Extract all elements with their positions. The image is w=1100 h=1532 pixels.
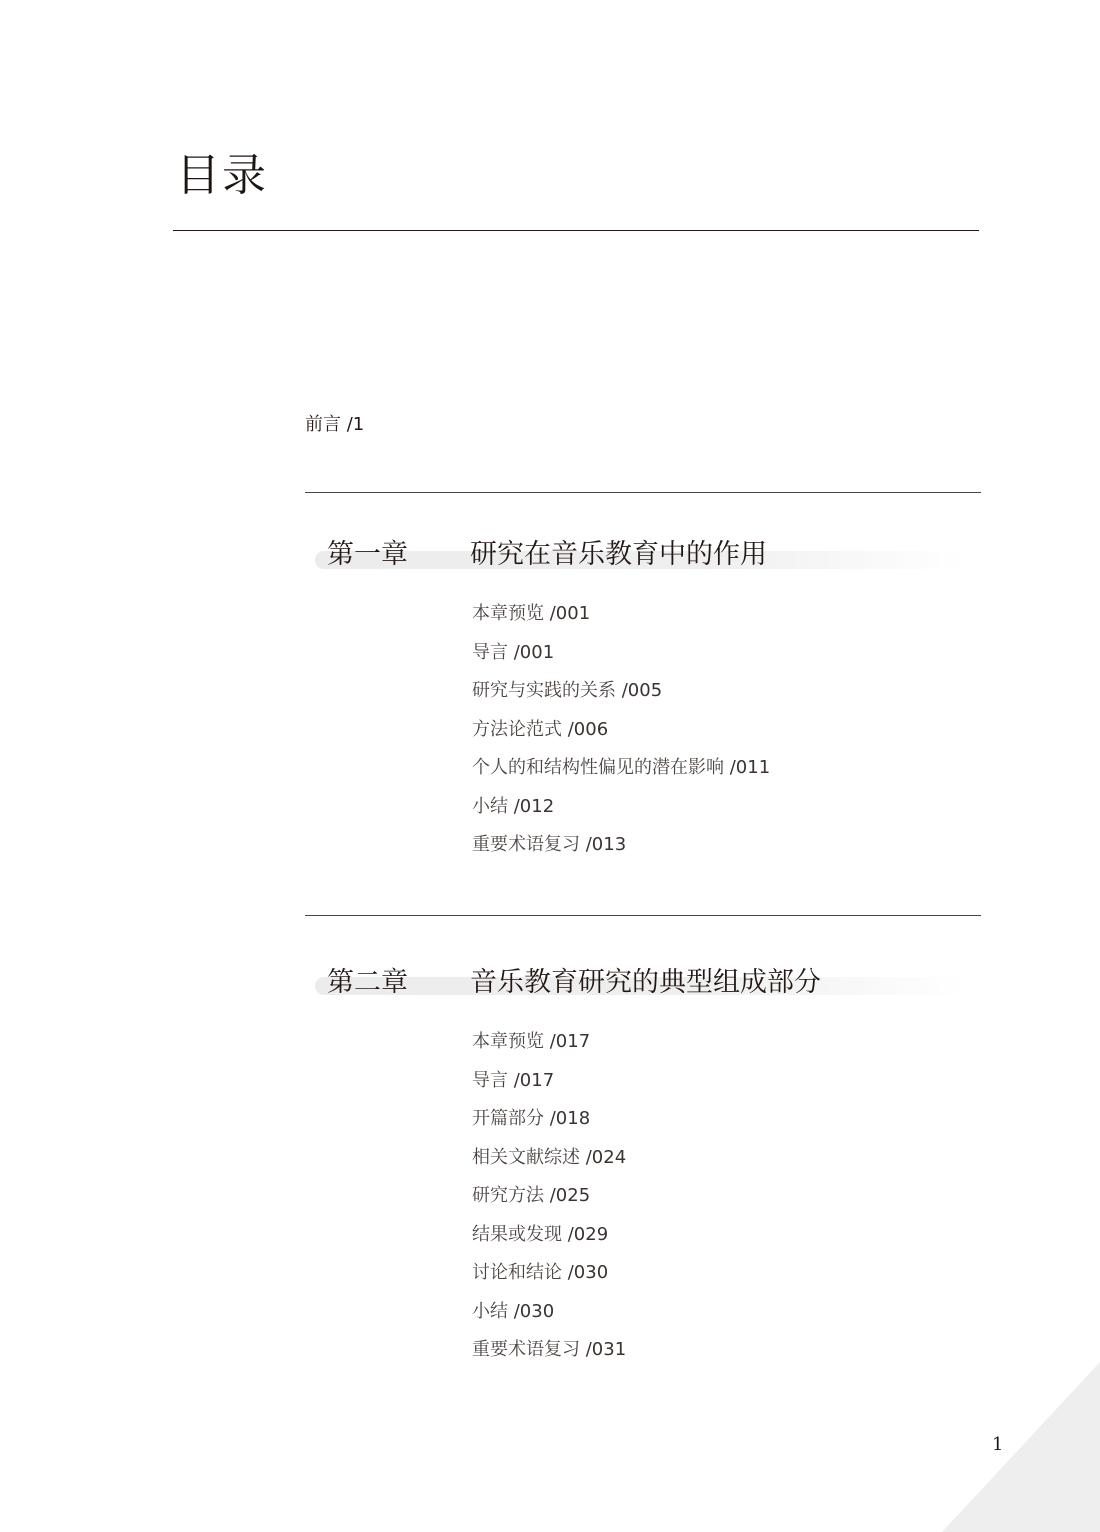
chapter-title[interactable]: 音乐教育研究的典型组成部分 — [470, 960, 821, 999]
toc-entry[interactable]: 讨论和结论 /030 — [472, 1261, 626, 1300]
toc-entry[interactable]: 本章预览 /001 — [472, 602, 770, 641]
entry-page: /018 — [550, 1108, 590, 1129]
entry-label: 方法论范式 — [472, 719, 562, 740]
toc-entry[interactable]: 重要术语复习 /013 — [472, 833, 770, 872]
toc-entry[interactable]: 小结 /030 — [472, 1300, 626, 1339]
entry-label: 前言 — [305, 414, 341, 435]
entry-page: /017 — [514, 1070, 554, 1091]
entry-page: /024 — [586, 1147, 626, 1168]
toc-entry[interactable]: 研究方法 /025 — [472, 1184, 626, 1223]
entry-label: 研究方法 — [472, 1185, 544, 1206]
entry-page: /029 — [568, 1224, 608, 1245]
entry-page: /012 — [514, 796, 554, 817]
entry-label: 开篇部分 — [472, 1108, 544, 1129]
toc-entry[interactable]: 小结 /012 — [472, 795, 770, 834]
entry-label: 研究与实践的关系 — [472, 680, 616, 701]
toc-entry[interactable]: 结果或发现 /029 — [472, 1223, 626, 1262]
entry-page: /031 — [586, 1339, 626, 1360]
toc-entry[interactable]: 导言 /001 — [472, 641, 770, 680]
entry-label: 结果或发现 — [472, 1224, 562, 1245]
entry-page: /001 — [550, 603, 590, 624]
chapter-number: 第二章 — [327, 960, 408, 999]
chapter-number: 第一章 — [327, 532, 408, 571]
chapter-divider — [305, 915, 981, 916]
entry-page: /006 — [568, 719, 608, 740]
entry-label: 导言 — [472, 642, 508, 663]
title-divider — [173, 230, 979, 231]
entry-label: 讨论和结论 — [472, 1262, 562, 1283]
toc-entry[interactable]: 方法论范式 /006 — [472, 718, 770, 757]
chapter-entries: 本章预览 /001 导言 /001 研究与实践的关系 /005 方法论范式 /0… — [472, 602, 770, 872]
chapter-entries: 本章预览 /017 导言 /017 开篇部分 /018 相关文献综述 /024 … — [472, 1030, 626, 1377]
entry-label: 本章预览 — [472, 603, 544, 624]
entry-page: /013 — [586, 834, 626, 855]
toc-entry[interactable]: 本章预览 /017 — [472, 1030, 626, 1069]
entry-page: /1 — [347, 414, 365, 435]
entry-label: 个人的和结构性偏见的潜在影响 — [472, 757, 724, 778]
entry-page: /017 — [550, 1031, 590, 1052]
entry-label: 导言 — [472, 1070, 508, 1091]
entry-label: 小结 — [472, 1301, 508, 1322]
entry-label: 重要术语复习 — [472, 1339, 580, 1360]
toc-entry[interactable]: 相关文献综述 /024 — [472, 1146, 626, 1185]
toc-entry-preface[interactable]: 前言 /1 — [305, 410, 364, 436]
page-number: 1 — [992, 1434, 1003, 1455]
entry-label: 本章预览 — [472, 1031, 544, 1052]
entry-page: /011 — [730, 757, 770, 778]
chapter-divider — [305, 492, 981, 493]
page-title: 目录 — [176, 148, 268, 204]
entry-page: /030 — [568, 1262, 608, 1283]
toc-entry[interactable]: 研究与实践的关系 /005 — [472, 679, 770, 718]
toc-entry[interactable]: 个人的和结构性偏见的潜在影响 /011 — [472, 756, 770, 795]
toc-entry[interactable]: 导言 /017 — [472, 1069, 626, 1108]
entry-label: 小结 — [472, 796, 508, 817]
entry-page: /005 — [622, 680, 662, 701]
corner-triangle-decoration — [942, 1362, 1100, 1532]
entry-label: 重要术语复习 — [472, 834, 580, 855]
chapter-title[interactable]: 研究在音乐教育中的作用 — [470, 532, 767, 571]
entry-label: 相关文献综述 — [472, 1147, 580, 1168]
toc-entry[interactable]: 重要术语复习 /031 — [472, 1338, 626, 1377]
entry-page: /001 — [514, 642, 554, 663]
toc-entry[interactable]: 开篇部分 /018 — [472, 1107, 626, 1146]
entry-page: /025 — [550, 1185, 590, 1206]
entry-page: /030 — [514, 1301, 554, 1322]
